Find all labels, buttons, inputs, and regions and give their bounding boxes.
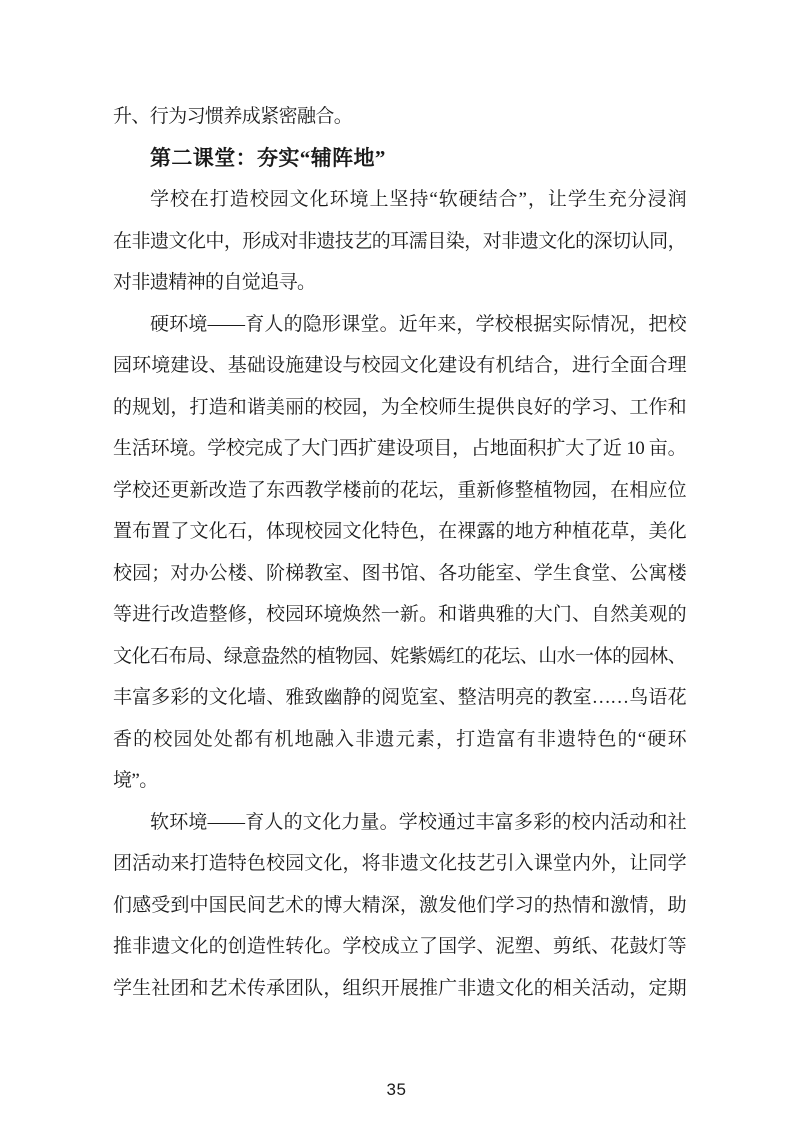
text-line: 升、行为习惯养成紧密融合。 (113, 96, 686, 138)
text-line: 置布置了文化石，体现校园文化特色，在裸露的地方种植花草，美化 (113, 511, 686, 553)
text-body: 升、行为习惯养成紧密融合。第二课堂：夯实“辅阵地”学校在打造校园文化环境上坚持“… (113, 96, 686, 1009)
text-line: 境”。 (113, 760, 686, 802)
page-number: 35 (387, 1080, 407, 1099)
paragraph-soft-hard-combination: 学校在打造校园文化环境上坚持“软硬结合”，让学生充分浸润在非遗文化中，形成对非遗… (113, 179, 686, 304)
text-line: 们感受到中国民间艺术的博大精深，激发他们学习的热情和激情，助 (113, 885, 686, 927)
text-line: 软环境——育人的文化力量。学校通过丰富多彩的校内活动和社 (113, 802, 686, 844)
section-heading-second-classroom: 第二课堂：夯实“辅阵地” (113, 138, 686, 180)
paragraph-hard-environment: 硬环境——育人的隐形课堂。近年来，学校根据实际情况，把校园环境建设、基础设施建设… (113, 304, 686, 802)
page-footer: 35 (0, 1080, 793, 1100)
text-line: 学生社团和艺术传承团队，组织开展推广非遗文化的相关活动，定期 (113, 968, 686, 1010)
text-line: 香的校园处处都有机地融入非遗元素，打造富有非遗特色的“硬环 (113, 719, 686, 761)
continuation-paragraph: 升、行为习惯养成紧密融合。 (113, 96, 686, 138)
text-line: 丰富多彩的文化墙、雅致幽静的阅览室、整洁明亮的教室……鸟语花 (113, 677, 686, 719)
text-line: 硬环境——育人的隐形课堂。近年来，学校根据实际情况，把校 (113, 304, 686, 346)
text-line: 校园；对办公楼、阶梯教室、图书馆、各功能室、学生食堂、公寓楼 (113, 553, 686, 595)
text-line: 文化石布局、绿意盎然的植物园、姹紫嫣红的花坛、山水一体的园林、 (113, 636, 686, 678)
text-line: 的规划，打造和谐美丽的校园，为全校师生提供良好的学习、工作和 (113, 387, 686, 429)
text-line: 第二课堂：夯实“辅阵地” (113, 138, 686, 180)
text-line: 在非遗文化中，形成对非遗技艺的耳濡目染，对非遗文化的深切认同， (113, 221, 686, 263)
text-line: 推非遗文化的创造性转化。学校成立了国学、泥塑、剪纸、花鼓灯等 (113, 926, 686, 968)
paragraph-soft-environment: 软环境——育人的文化力量。学校通过丰富多彩的校内活动和社团活动来打造特色校园文化… (113, 802, 686, 1010)
text-line: 生活环境。学校完成了大门西扩建设项目，占地面积扩大了近 10 亩。 (113, 428, 686, 470)
text-line: 对非遗精神的自觉追寻。 (113, 262, 686, 304)
text-line: 等进行改造整修，校园环境焕然一新。和谐典雅的大门、自然美观的 (113, 594, 686, 636)
text-line: 团活动来打造特色校园文化，将非遗文化技艺引入课堂内外，让同学 (113, 843, 686, 885)
text-line: 园环境建设、基础设施建设与校园文化建设有机结合，进行全面合理 (113, 345, 686, 387)
text-line: 学校还更新改造了东西教学楼前的花坛，重新修整植物园，在相应位 (113, 470, 686, 512)
text-line: 学校在打造校园文化环境上坚持“软硬结合”，让学生充分浸润 (113, 179, 686, 221)
document-page: 升、行为习惯养成紧密融合。第二课堂：夯实“辅阵地”学校在打造校园文化环境上坚持“… (0, 0, 793, 1122)
